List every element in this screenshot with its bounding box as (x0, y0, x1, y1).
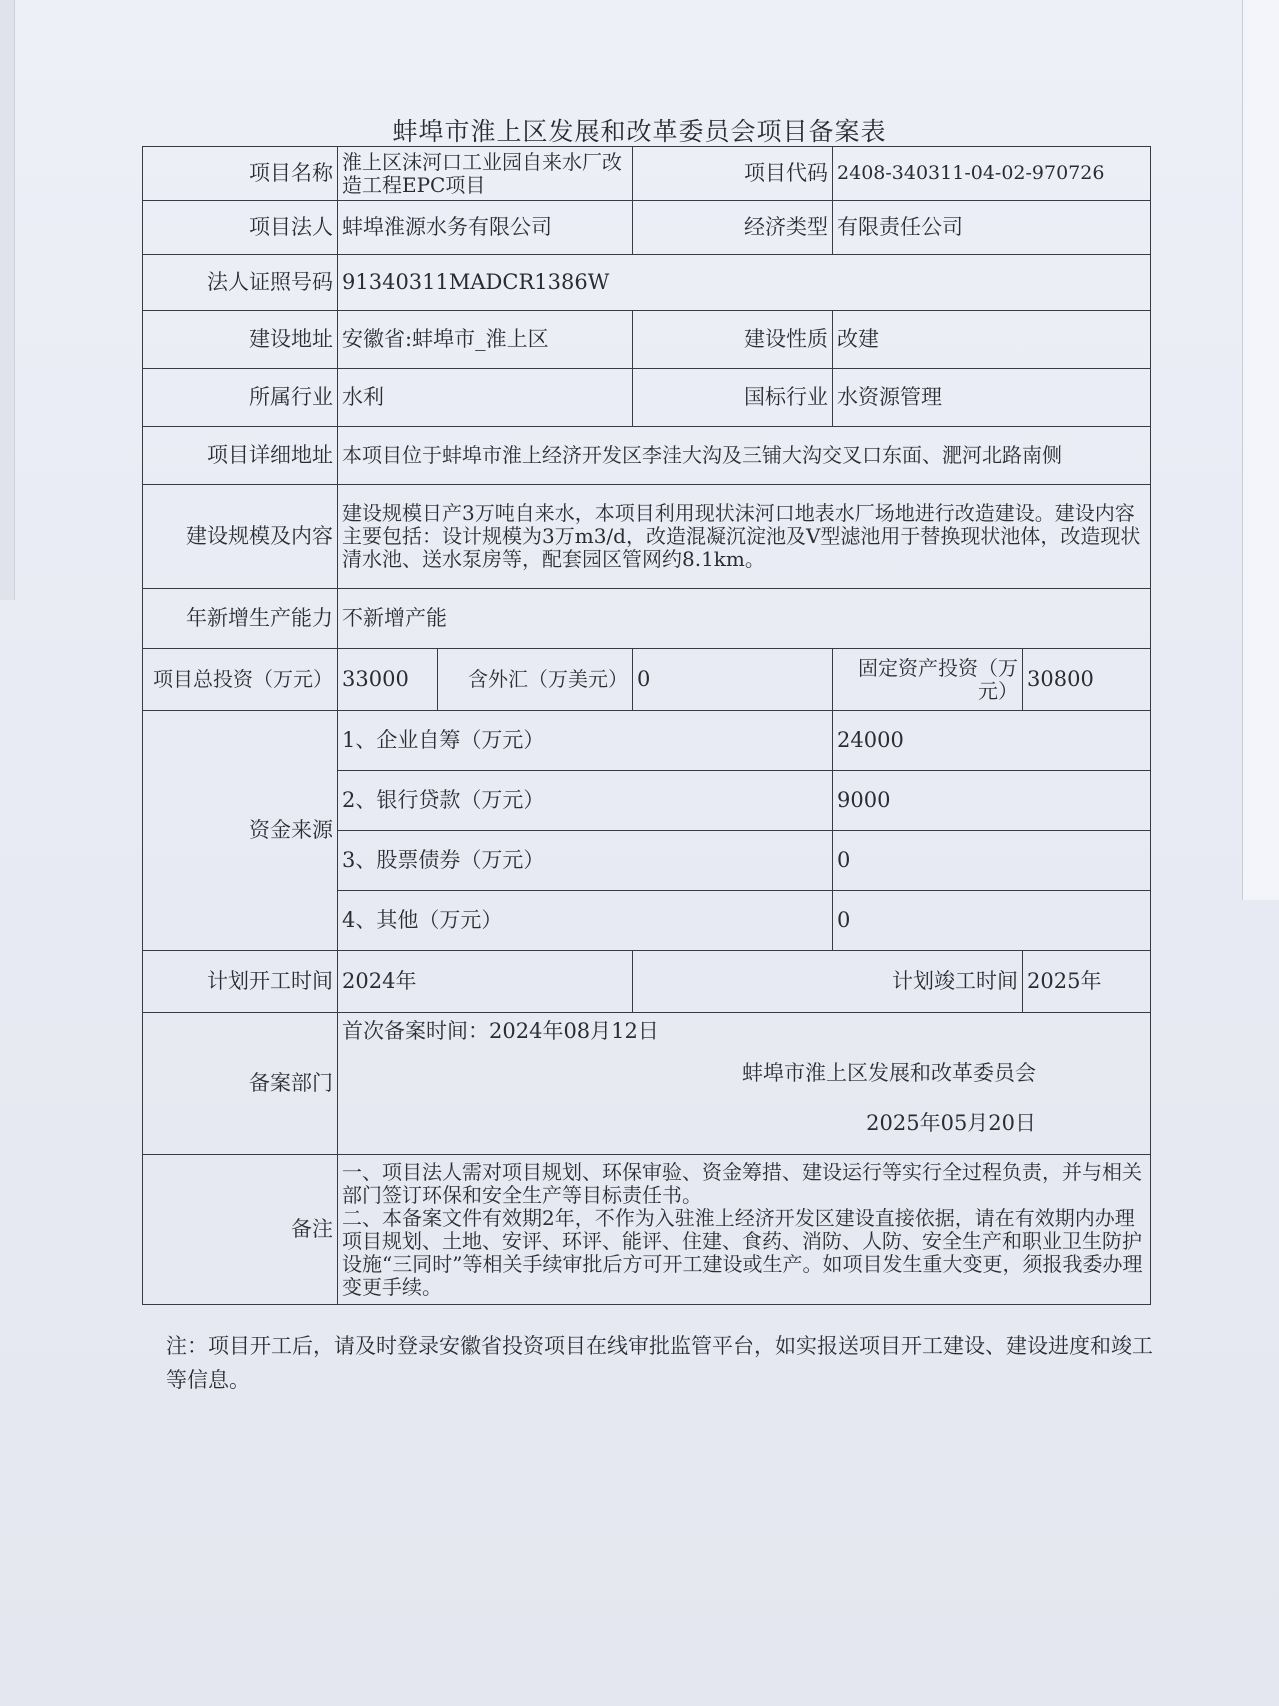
row-filing: 备案部门 首次备案时间：2024年08月12日 蚌埠市淮上区发展和改革委员会 2… (143, 1013, 1151, 1155)
funding-label: 4、其他（万元） (338, 891, 833, 951)
value-construction-nature: 改建 (833, 311, 1151, 369)
label-planned-start: 计划开工时间 (143, 951, 338, 1013)
paper-sheet: 蚌埠市淮上区发展和改革委员会项目备案表 项目名称 淮上区沫河口工业园自来水厂改造… (0, 0, 1279, 1706)
value-scale-content: 建设规模日产3万吨自来水，本项目利用现状沫河口地表水厂场地进行改造建设。建设内容… (338, 485, 1151, 589)
label-detailed-address: 项目详细地址 (143, 427, 338, 485)
label-fixed-asset: 固定资产投资（万元） (833, 649, 1023, 711)
label-filing-department: 备案部门 (143, 1013, 338, 1155)
label-construction-nature: 建设性质 (633, 311, 833, 369)
label-planned-end: 计划竣工时间 (633, 951, 1023, 1013)
label-address: 建设地址 (143, 311, 338, 369)
label-total-investment: 项目总投资（万元） (143, 649, 338, 711)
funding-value: 0 (833, 831, 1151, 891)
row-investment: 项目总投资（万元） 33000 含外汇（万美元） 0 固定资产投资（万元） 30… (143, 649, 1151, 711)
label-economic-type: 经济类型 (633, 201, 833, 255)
funding-label: 2、银行贷款（万元） (338, 771, 833, 831)
funding-label: 3、股票债券（万元） (338, 831, 833, 891)
row-remarks: 备注 一、项目法人需对项目规划、环保审验、资金筹措、建设运行等实行全过程负责，并… (143, 1155, 1151, 1305)
value-forex: 0 (633, 649, 833, 711)
label-national-industry: 国标行业 (633, 369, 833, 427)
filing-department-name: 蚌埠市淮上区发展和改革委员会 (342, 1061, 1146, 1085)
row-funding-1: 资金来源 1、企业自筹（万元） 24000 (143, 711, 1151, 771)
footnote: 注：项目开工后，请及时登录安徽省投资项目在线审批监管平台，如实报送项目开工建设、… (166, 1330, 1156, 1397)
row-project-name: 项目名称 淮上区沫河口工业园自来水厂改造工程EPC项目 项目代码 2408-34… (143, 147, 1151, 201)
filing-cell: 首次备案时间：2024年08月12日 蚌埠市淮上区发展和改革委员会 2025年0… (338, 1013, 1151, 1155)
funding-value: 24000 (833, 711, 1151, 771)
first-filing-time: 首次备案时间：2024年08月12日 (342, 1019, 1146, 1043)
value-legal-entity: 蚌埠淮源水务有限公司 (338, 201, 633, 255)
filing-date: 2025年05月20日 (342, 1111, 1146, 1135)
label-industry: 所属行业 (143, 369, 338, 427)
row-scale-content: 建设规模及内容 建设规模日产3万吨自来水，本项目利用现状沫河口地表水厂场地进行改… (143, 485, 1151, 589)
remark-item-1: 一、项目法人需对项目规划、环保审验、资金筹措、建设运行等实行全过程负责，并与相关… (342, 1161, 1146, 1207)
label-new-capacity: 年新增生产能力 (143, 589, 338, 649)
label-license-number: 法人证照号码 (143, 255, 338, 311)
row-detailed-address: 项目详细地址 本项目位于蚌埠市淮上经济开发区李洼大沟及三铺大沟交叉口东面、淝河北… (143, 427, 1151, 485)
value-project-code: 2408-340311-04-02-970726 (833, 147, 1151, 201)
remarks-cell: 一、项目法人需对项目规划、环保审验、资金筹措、建设运行等实行全过程负责，并与相关… (338, 1155, 1151, 1305)
funding-value: 9000 (833, 771, 1151, 831)
remark-item-2: 二、本备案文件有效期2年，不作为入驻淮上经济开发区建设直接依据，请在有效期内办理… (342, 1207, 1146, 1299)
label-project-code: 项目代码 (633, 147, 833, 201)
label-remarks: 备注 (143, 1155, 338, 1305)
left-page-edge (0, 0, 15, 600)
value-address: 安徽省:蚌埠市_淮上区 (338, 311, 633, 369)
value-national-industry: 水资源管理 (833, 369, 1151, 427)
value-economic-type: 有限责任公司 (833, 201, 1151, 255)
label-scale-content: 建设规模及内容 (143, 485, 338, 589)
value-total-investment: 33000 (338, 649, 438, 711)
value-planned-end: 2025年 (1023, 951, 1151, 1013)
label-legal-entity: 项目法人 (143, 201, 338, 255)
value-planned-start: 2024年 (338, 951, 633, 1013)
value-project-name: 淮上区沫河口工业园自来水厂改造工程EPC项目 (338, 147, 633, 201)
funding-label: 1、企业自筹（万元） (338, 711, 833, 771)
label-project-name: 项目名称 (143, 147, 338, 201)
document-title: 蚌埠市淮上区发展和改革委员会项目备案表 (0, 112, 1279, 148)
label-funding-sources: 资金来源 (143, 711, 338, 951)
value-detailed-address: 本项目位于蚌埠市淮上经济开发区李洼大沟及三铺大沟交叉口东面、淝河北路南侧 (338, 427, 1151, 485)
funding-value: 0 (833, 891, 1151, 951)
label-forex: 含外汇（万美元） (438, 649, 633, 711)
row-industry: 所属行业 水利 国标行业 水资源管理 (143, 369, 1151, 427)
row-new-capacity: 年新增生产能力 不新增产能 (143, 589, 1151, 649)
value-fixed-asset: 30800 (1023, 649, 1151, 711)
value-license-number: 91340311MADCR1386W (338, 255, 1151, 311)
row-license: 法人证照号码 91340311MADCR1386W (143, 255, 1151, 311)
row-legal-entity: 项目法人 蚌埠淮源水务有限公司 经济类型 有限责任公司 (143, 201, 1151, 255)
row-address: 建设地址 安徽省:蚌埠市_淮上区 建设性质 改建 (143, 311, 1151, 369)
value-industry: 水利 (338, 369, 633, 427)
value-new-capacity: 不新增产能 (338, 589, 1151, 649)
filing-form-table: 项目名称 淮上区沫河口工业园自来水厂改造工程EPC项目 项目代码 2408-34… (142, 146, 1151, 1305)
row-schedule: 计划开工时间 2024年 计划竣工时间 2025年 (143, 951, 1151, 1013)
